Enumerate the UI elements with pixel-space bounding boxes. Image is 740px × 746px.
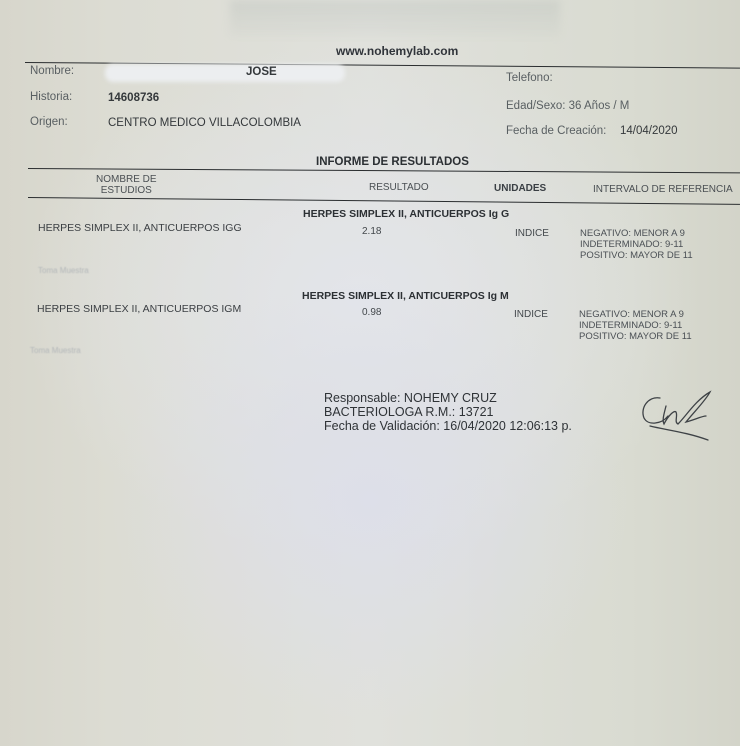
test-result: 2.18 [362,226,381,237]
faded-letterhead [230,0,560,36]
age-sex: Edad/Sexo: 36 Años / M [506,100,629,112]
reference-indeterminate: INDETERMINADO: 9-11 [580,239,693,250]
validation-date: Fecha de Validación: 16/04/2020 12:06:13… [324,419,572,433]
column-study: NOMBRE DE ESTUDIOS [96,174,157,196]
signature-icon [636,386,718,444]
column-study-line2: ESTUDIOS [96,185,157,196]
history-value: 14608736 [108,92,159,104]
created-label: Fecha de Creación: [506,125,606,137]
validation-block: Responsable: NOHEMY CRUZ BACTERIOLOGA R.… [324,391,572,433]
test-result: 0.98 [362,307,381,318]
history-label: Historia: [30,91,72,103]
reference-negative: NEGATIVO: MENOR A 9 [579,309,692,320]
title-divider [28,168,740,173]
test-reference: NEGATIVO: MENOR A 9 INDETERMINADO: 9-11 … [580,228,693,261]
column-units: UNIDADES [494,183,546,194]
redacted-name [105,64,345,82]
reference-indeterminate: INDETERMINADO: 9-11 [579,320,692,331]
license: BACTERIOLOGA R.M.: 13721 [324,405,572,419]
phone-label: Telefono: [506,72,553,84]
test-note: Toma Muestra [30,346,81,355]
test-note: Toma Muestra [38,266,89,275]
responsible: Responsable: NOHEMY CRUZ [324,391,572,405]
test-group-title: HERPES SIMPLEX II, ANTICUERPOS Ig G [303,208,509,220]
header-bottom-divider [28,197,740,205]
report-title: INFORME DE RESULTADOS [316,156,469,168]
origin-label: Origen: [30,116,68,128]
test-name: HERPES SIMPLEX II, ANTICUERPOS IGM [37,303,241,315]
origin-value: CENTRO MEDICO VILLACOLOMBIA [108,117,301,129]
test-name: HERPES SIMPLEX II, ANTICUERPOS IGG [38,222,242,234]
reference-positive: POSITIVO: MAYOR DE 11 [579,331,692,342]
test-reference: NEGATIVO: MENOR A 9 INDETERMINADO: 9-11 … [579,309,692,342]
column-result: RESULTADO [369,182,429,193]
column-reference: INTERVALO DE REFERENCIA [593,184,733,195]
test-units: INDICE [515,228,549,239]
column-study-line1: NOMBRE DE [96,174,157,185]
name-label: Nombre: [30,65,74,77]
name-value: JOSE [246,66,277,78]
test-group-title: HERPES SIMPLEX II, ANTICUERPOS Ig M [302,290,509,302]
reference-negative: NEGATIVO: MENOR A 9 [580,228,693,239]
reference-positive: POSITIVO: MAYOR DE 11 [580,250,693,261]
test-units: INDICE [514,309,548,320]
created-value: 14/04/2020 [620,125,678,137]
lab-website: www.nohemylab.com [336,44,458,58]
